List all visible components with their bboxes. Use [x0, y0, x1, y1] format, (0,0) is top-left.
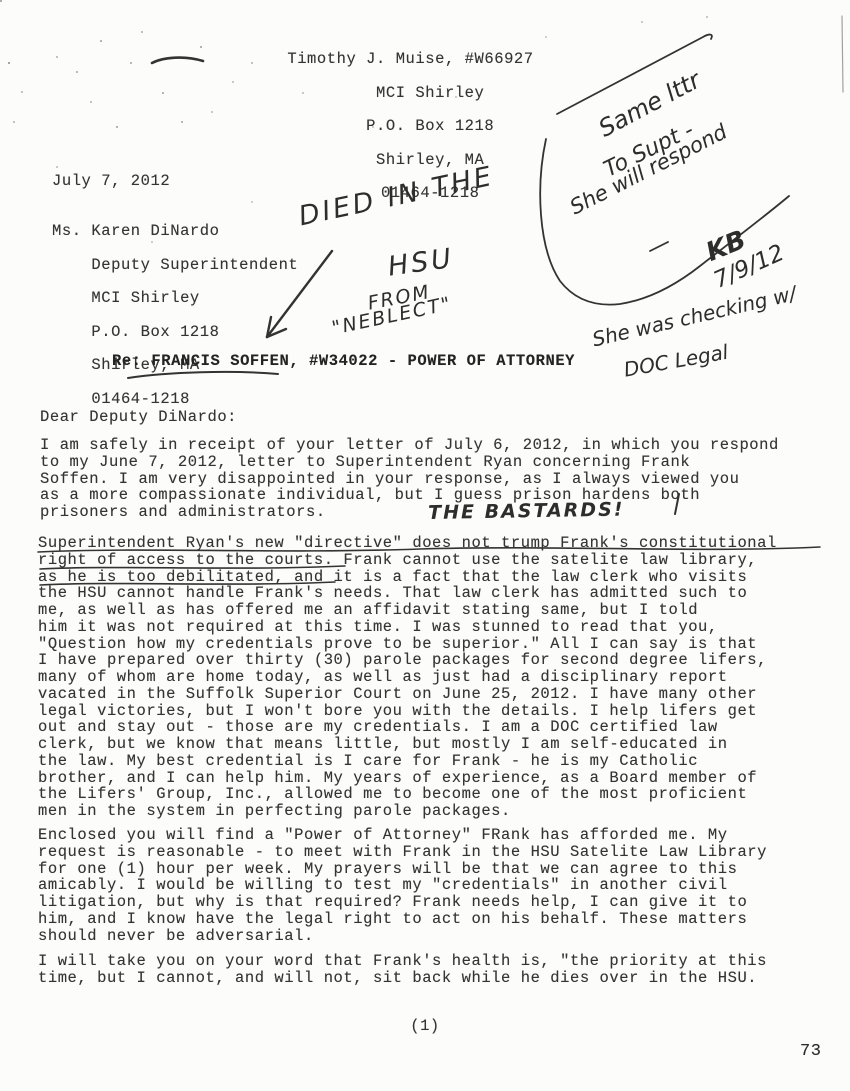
body-paragraph-1: I am safely in receipt of your letter of…: [40, 437, 779, 521]
letter-date: July 7, 2012: [52, 173, 170, 190]
scanned-letter-page: Timothy J. Muise, #W66927 MCI Shirley P.…: [0, 0, 850, 1091]
body-paragraph-3: Enclosed you will find a "Power of Attor…: [38, 827, 767, 944]
re-subject-line: Re: FRANCIS SOFFEN, #W34022 - POWER OF A…: [112, 353, 575, 370]
body-paragraph-4: I will take you on your word that Frank'…: [38, 953, 767, 987]
bastards-note: THE BASTARDS!: [428, 499, 625, 524]
sender-line: P.O. Box 1218: [366, 117, 494, 135]
recipient-line: Deputy Superintendent: [91, 256, 298, 274]
ink-smudge-stroke: [152, 58, 203, 63]
legal-note-line-1: She was checking w/: [590, 281, 798, 351]
recipient-line: MCI Shirley: [91, 289, 199, 307]
body-paragraph-2: Superintendent Ryan's new "directive" do…: [38, 535, 777, 820]
sender-line: MCI Shirley: [376, 84, 484, 102]
legal-note-line-2: DOC Legal: [622, 340, 730, 382]
hsu-note-line-hsu: HSU: [386, 243, 456, 283]
recipient-line: Ms. Karen DiNardo: [52, 222, 219, 240]
recipient-line: P.O. Box 1218: [91, 323, 219, 341]
sender-line: Timothy J. Muise, #W66927: [287, 50, 533, 68]
page-edge-line: [842, 16, 843, 92]
scan-noise-speckles: [0, 0, 2, 2]
page-number-footer: (1): [0, 1018, 850, 1035]
salutation: Dear Deputy DiNardo:: [40, 409, 237, 426]
routing-note-dash-stroke: [650, 242, 668, 251]
recipient-address-block: Ms. Karen DiNardo Deputy Superintendent …: [52, 223, 298, 424]
recipient-line: 01464-1218: [91, 390, 190, 408]
corner-page-number: 73: [800, 1044, 822, 1061]
routing-note-line-3: She will respond: [566, 120, 731, 220]
